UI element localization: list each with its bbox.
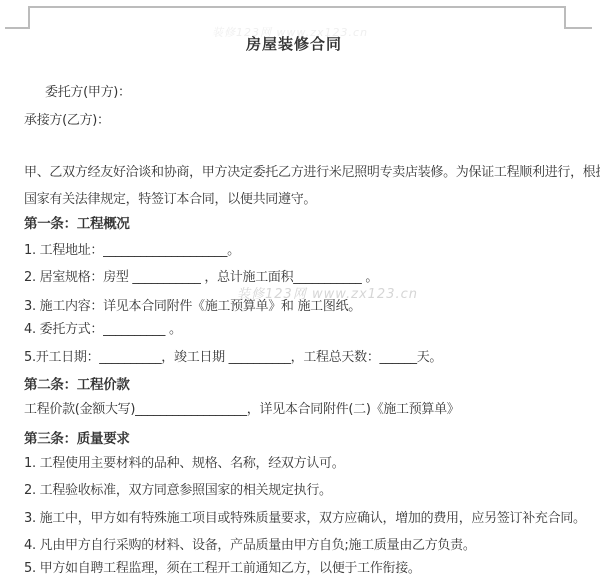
section-1-item-4: 4. 委托方式：__________ 。: [24, 322, 182, 338]
section-3-item-1: 1. 工程使用主要材料的品种、规格、名称，经双方认可。: [24, 456, 344, 472]
section-1-item-1: 1. 工程地址：____________________。: [24, 243, 240, 259]
section-3-item-3: 3. 施工中，甲方如有特殊施工项目或特殊质量要求，双方应确认，增加的费用，应另签…: [24, 511, 586, 527]
page-top-edge-line: [28, 6, 566, 8]
party-b-label: 承接方(乙方)：: [24, 113, 110, 129]
party-a-label: 委托方(甲方)：: [45, 85, 131, 101]
page-corner-mark-left-vertical: [28, 6, 30, 29]
section-1-item-5: 5.开工日期：__________，竣工日期 __________，工程总天数：…: [24, 350, 442, 366]
section-1-item-3: 3. 施工内容：详见本合同附件《施工预算单》和 施工图纸。: [24, 299, 361, 315]
section-1-heading: 第一条：工程概况: [24, 216, 130, 232]
page-corner-mark-right-tick: [564, 27, 592, 29]
page-corner-mark-right-vertical: [564, 6, 566, 29]
section-3-heading: 第三条：质量要求: [24, 431, 130, 447]
contract-title: 房屋装修合同: [0, 35, 588, 53]
section-3-item-5: 5. 甲方如自聘工程监理，须在工程开工前通知乙方，以便于工作衔接。: [24, 561, 421, 577]
section-1-item-2: 2. 居室规格：房型 ___________ ，总计施工面积__________…: [24, 270, 378, 286]
section-3-item-2: 2. 工程验收标准，双方同意参照国家的相关规定执行。: [24, 483, 332, 499]
intro-line-1: 甲、乙双方经友好洽谈和协商，甲方决定委托乙方进行米尼照明专卖店装修。为保证工程顺…: [24, 165, 600, 181]
page-corner-mark-left-tick: [5, 27, 30, 29]
intro-line-2: 国家有关法律规定，特签订本合同，以便共同遵守。: [24, 192, 316, 208]
section-2-heading: 第二条：工程价款: [24, 377, 130, 393]
section-2-item-1: 工程价款(金额大写)__________________，详见本合同附件(二)《…: [24, 402, 460, 418]
section-3-item-4: 4. 凡由甲方自行采购的材料、设备，产品质量由甲方自负;施工质量由乙方负责。: [24, 538, 476, 554]
